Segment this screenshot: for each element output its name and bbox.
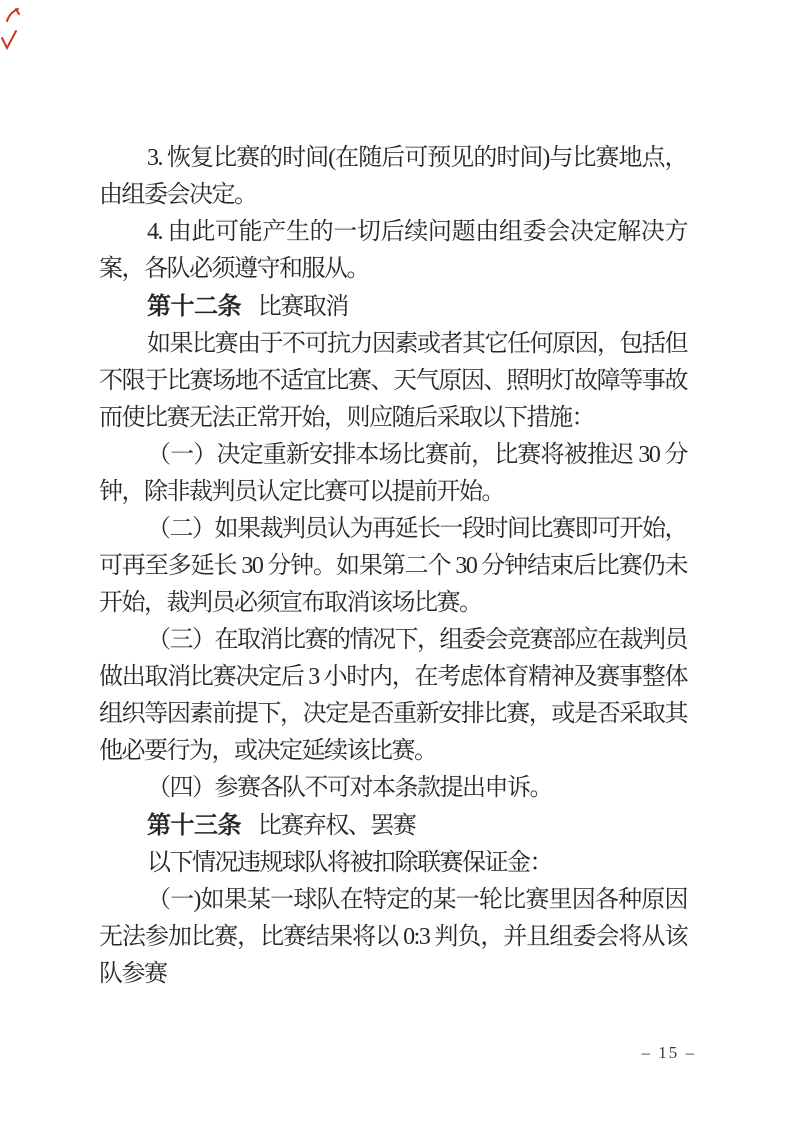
article-title: 比赛弃权、罢赛 [258, 813, 416, 839]
paragraph: 3. 恢复比赛的时间(在随后可预见的时间)与比赛地点，由组委会决定。 [99, 140, 687, 214]
article-number: 第十三条 [147, 812, 241, 839]
paragraph: （三）在取消比赛的情况下，组委会竞赛部应在裁判员做出取消比赛决定后 3 小时内，… [99, 622, 687, 770]
article-heading-12: 第十二条比赛取消 [99, 288, 687, 326]
article-number: 第十二条 [147, 293, 241, 320]
paragraph: 4. 由此可能产生的一切后续问题由组委会决定解决方案，各队必须遵守和服从。 [99, 214, 687, 288]
document-page: 3. 恢复比赛的时间(在随后可预见的时间)与比赛地点，由组委会决定。 4. 由此… [0, 0, 794, 1123]
paragraph: （一）决定重新安排本场比赛前，比赛将被推迟 30 分钟，除非裁判员认定比赛可以提… [99, 437, 687, 511]
red-mark-icon [2, 31, 16, 48]
paragraph: 如果比赛由于不可抗力因素或者其它任何原因，包括但不限于比赛场地不适宜比赛、天气原… [99, 326, 687, 437]
red-pen-marks [0, 0, 26, 56]
page-number: – 15 – [642, 1043, 697, 1063]
paragraph: （四）参赛各队不可对本条款提出申诉。 [99, 770, 687, 807]
article-heading-13: 第十三条比赛弃权、罢赛 [99, 807, 687, 845]
article-title: 比赛取消 [258, 294, 348, 320]
paragraph: （一)如果某一球队在特定的某一轮比赛里因各种原因无法参加比赛，比赛结果将以 0:… [99, 882, 687, 993]
red-mark-icon [7, 9, 19, 21]
sub-heading-line: 以下情况违规球队将被扣除联赛保证金： [99, 845, 687, 882]
document-body: 3. 恢复比赛的时间(在随后可预见的时间)与比赛地点，由组委会决定。 4. 由此… [99, 140, 687, 993]
paragraph: （二）如果裁判员认为再延长一段时间比赛即可开始，可再至多延长 30 分钟。如果第… [99, 511, 687, 622]
